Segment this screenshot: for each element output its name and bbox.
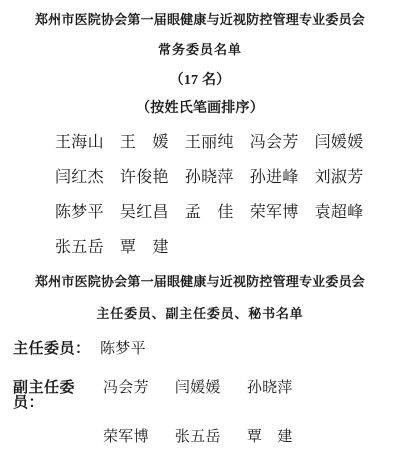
- member-list: 王海山 王 媛 王丽纯 冯会芳 闫媛媛 闫红杰 许俊艳 孙晓萍 孙进峰 刘淑芳 …: [0, 135, 400, 256]
- director-line: 主任委员： 陈梦平: [0, 342, 400, 357]
- director-name: 陈梦平: [100, 342, 146, 357]
- member-row-2: 闫红杰 许俊艳 孙晓萍 孙进峰 刘淑芳: [0, 170, 400, 186]
- member-name: 闫媛媛: [315, 135, 364, 151]
- deputy-names-row-1: 冯会芳 闫媛媛 孙晓萍: [103, 381, 293, 396]
- member-name: 孙进峰: [250, 170, 299, 186]
- member-name: 王 媛: [120, 135, 169, 151]
- section1-sort-note: （按姓氏笔画排序）: [0, 101, 400, 116]
- member-name: 张五岳: [55, 240, 104, 256]
- section2-title-line2: 主任委员、副主任委员、秘书名单: [0, 307, 400, 321]
- member-name: 陈梦平: [55, 205, 104, 221]
- member-name: 覃 建: [120, 240, 169, 256]
- deputy-name: 荣军博: [103, 430, 149, 445]
- deputy-name: 冯会芳: [103, 381, 149, 396]
- section1-title-line1: 郑州市医院协会第一届眼健康与近视防控管理专业委员会: [0, 13, 400, 27]
- member-name: 孙晓萍: [185, 170, 234, 186]
- member-name: 许俊艳: [120, 170, 169, 186]
- deputy-name: 覃 建: [247, 430, 293, 445]
- deputy-names-row-2: 荣军博 张五岳 覃 建: [103, 430, 293, 445]
- member-name: 孟 佳: [185, 205, 234, 221]
- deputy-line-1: 副主任委员： 冯会芳 闫媛媛 孙晓萍: [0, 381, 400, 411]
- deputy-line-2: 荣军博 张五岳 覃 建: [0, 430, 400, 445]
- member-name: 刘淑芳: [315, 170, 364, 186]
- member-name: 王丽纯: [185, 135, 234, 151]
- section1-member-count: （17 名）: [0, 73, 400, 88]
- deputy-name: 张五岳: [175, 430, 221, 445]
- member-row-1: 王海山 王 媛 王丽纯 冯会芳 闫媛媛: [0, 135, 400, 151]
- member-row-4: 张五岳 覃 建: [0, 240, 400, 256]
- member-row-3: 陈梦平 吴红昌 孟 佳 荣军博 袁超峰: [0, 205, 400, 221]
- director-label: 主任委员：: [13, 342, 100, 357]
- member-name: 荣军博: [250, 205, 299, 221]
- section2-title-line1: 郑州市医院协会第一届眼健康与近视防控管理专业委员会: [0, 275, 400, 289]
- member-name: 袁超峰: [315, 205, 364, 221]
- section1-title-line2: 常务委员名单: [0, 43, 400, 57]
- member-name: 闫红杰: [55, 170, 104, 186]
- member-name: 吴红昌: [120, 205, 169, 221]
- deputy-name: 孙晓萍: [247, 381, 293, 396]
- document-page: 郑州市医院协会第一届眼健康与近视防控管理专业委员会 常务委员名单 （17 名） …: [0, 0, 400, 467]
- deputy-label: 副主任委员：: [13, 381, 103, 411]
- member-name: 冯会芳: [250, 135, 299, 151]
- deputy-name: 闫媛媛: [175, 381, 221, 396]
- member-name: 王海山: [55, 135, 104, 151]
